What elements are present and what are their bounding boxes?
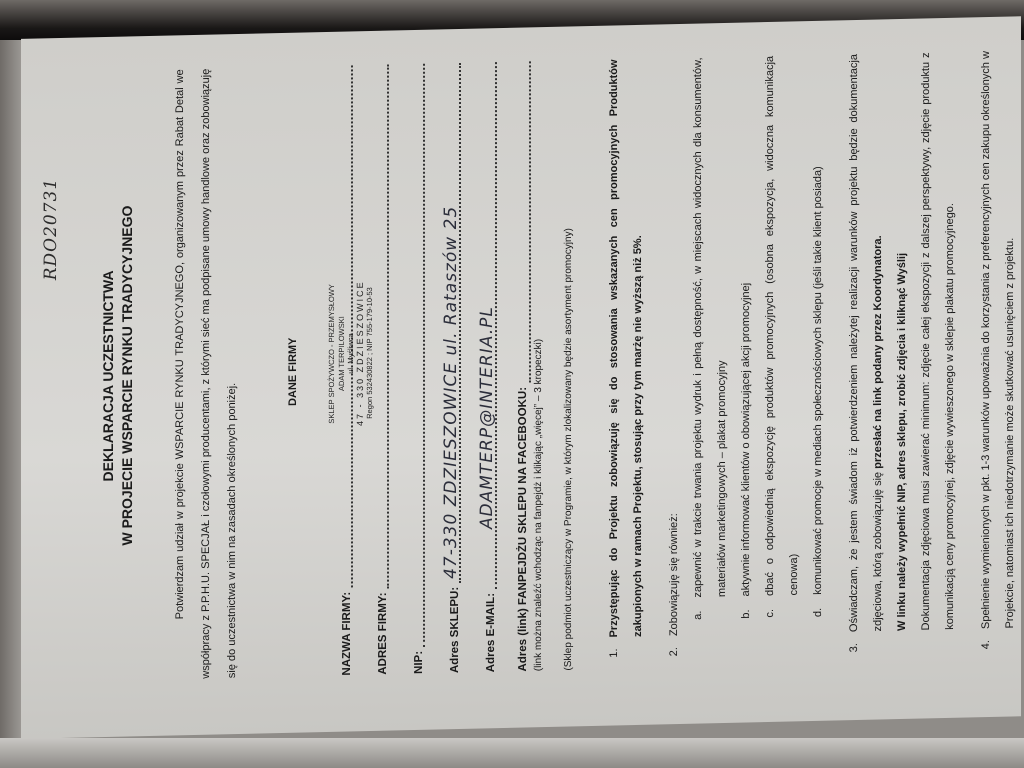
handwritten-document-id: RDO20731: [41, 178, 61, 281]
obligation-item: Zobowiązuję się również: zapewnić w trak…: [662, 55, 830, 645]
handwritten-email: ADAMTERP@INTERIA.PL: [477, 306, 497, 529]
obligations-list: Przystępując do Projektu zobowiązuję się…: [602, 50, 1022, 670]
shop-address-label: Adres SKLEPU:: [449, 583, 461, 674]
stamp-line: SKLEP SPOŻYWCZO - PRZEMYSŁOWY: [327, 259, 337, 449]
nip-field: NIP: SKLEP SPOŻYWCZO - PRZEMYSŁOWY ADAM …: [389, 64, 425, 675]
obligation-subitems: zapewnić w trakcie trwania projektu wydr…: [686, 55, 830, 636]
email-label: Adres E-MAIL:: [485, 589, 497, 673]
obligation-text: Zobowiązuję się również:: [668, 513, 680, 636]
subitem: komunikować promocje w mediach społeczno…: [806, 55, 830, 606]
page-title: DEKLARACJA UCZESTNICTWA W PROJECIE WSPAR…: [99, 70, 137, 681]
email-line: ADAMTERP@INTERIA.PL: [471, 62, 497, 589]
title-line-1: DEKLARACJA UCZESTNICTWA: [99, 71, 118, 681]
stamp-line: 47 - 330 ZDZIESZOWICE: [356, 258, 366, 448]
facebook-hint: (link można znaleźć wchodząc na fanpejdż…: [531, 61, 547, 671]
obligation-text: Dokumentacja zdjęciowa musi zawierać min…: [920, 52, 956, 630]
company-section-title: DANE FIRMY: [287, 67, 299, 677]
title-line-2: W PROJECIE WSPARCIE RYNKU TRADYCYJNEGO: [118, 70, 137, 680]
intro-paragraph: Potwierdzam udział w projekcie WSPARCIE …: [167, 68, 245, 680]
stamp-line: Regon 532430822 ; NIP 755-179-10-53: [365, 258, 375, 448]
handwritten-shop-address: 47-330 ZDZIESZOWICE ul. Rataszów 25: [441, 206, 461, 580]
obligation-item: Oświadczam, że jestem świadom iż potwier…: [842, 52, 962, 641]
subitem: aktywnie informować klientów o obowiązuj…: [734, 56, 758, 607]
company-name-label: NAZWA FIRMY:: [341, 588, 353, 676]
obligation-bold-text: W linku należy wypełnić NIP, adres sklep…: [896, 253, 908, 631]
obligation-bold-text: przesłać na link podany przez Koordynato…: [872, 235, 884, 469]
facebook-line: [517, 61, 531, 383]
obligation-item: Przystępując do Projektu zobowiązuję się…: [602, 59, 650, 646]
obligation-text: Spełnienie wymienionych w pkt. 1-3 warun…: [980, 51, 1016, 629]
stamp-line: ADAM TERPILOWSKI: [337, 259, 347, 449]
shop-address-line: 47-330 ZDZIESZOWICE ul. Rataszów 25: [435, 63, 461, 583]
subitem: zapewnić w trakcie trwania projektu wydr…: [686, 57, 734, 608]
obligation-text: Przystępując do Projektu zobowiązuję się…: [608, 59, 644, 637]
subitem: dbać o odpowiednią ekspozycję produktów …: [758, 55, 806, 606]
shop-address-field: Adres SKLEPU: 47-330 ZDZIESZOWICE ul. Ra…: [425, 63, 461, 674]
nip-line: SKLEP SPOŻYWCZO - PRZEMYSŁOWY ADAM TERPI…: [399, 64, 425, 648]
company-stamp: SKLEP SPOŻYWCZO - PRZEMYSŁOWY ADAM TERPI…: [327, 258, 375, 449]
company-address-label: ADRES FIRMY:: [377, 588, 389, 674]
paper-sheet: RDO20731 DEKLARACJA UCZESTNICTWA W PROJE…: [18, 7, 1024, 748]
program-note: (Sklep podmiot uczestniczący w Programie…: [563, 60, 574, 670]
email-field: Adres E-MAIL: ADAMTERP@INTERIA.PL: [461, 62, 497, 673]
obligation-item: Spełnienie wymienionych w pkt. 1-3 warun…: [974, 50, 1022, 637]
declaration-page: RDO20731 DEKLARACJA UCZESTNICTWA W PROJE…: [21, 16, 1021, 739]
facebook-field: Adres (link) FANPEJDŻU SKLEPU NA FACEBOO…: [517, 61, 531, 671]
facebook-label: Adres (link) FANPEJDŻU SKLEPU NA FACEBOO…: [517, 387, 531, 672]
nip-label: NIP:: [413, 647, 425, 674]
